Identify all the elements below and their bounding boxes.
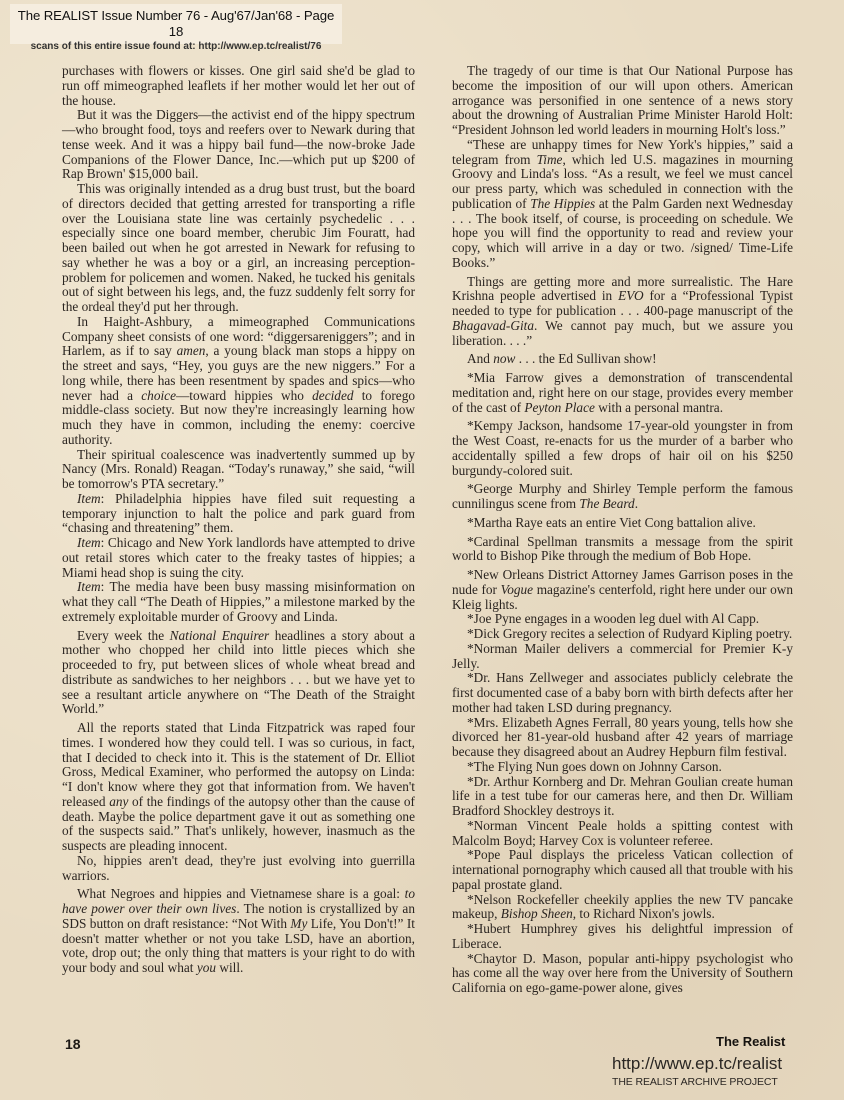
text-run: : Philadelphia hippies have filed suit r… (62, 491, 415, 536)
issue-title: The REALIST Issue Number 76 - Aug'67/Jan… (10, 8, 342, 40)
issue-scans-link[interactable]: scans of this entire issue found at: htt… (10, 40, 342, 53)
article-paragraph: Every week the National Enquirer headlin… (62, 629, 415, 718)
text-run: *Mrs. Elizabeth Agnes Ferrall, 80 years … (452, 715, 793, 760)
article-paragraph: *New Orleans District Attorney James Gar… (452, 568, 793, 612)
text-run: Their spiritual coalescence was inadvert… (62, 447, 415, 492)
text-run: *Chaytor D. Mason, popular anti-hippy ps… (452, 951, 793, 996)
article-paragraph: “These are unhappy times for New York's … (452, 138, 793, 271)
magazine-masthead: The Realist (716, 1034, 785, 1049)
text-run: The tragedy of our time is that Our Nati… (452, 63, 793, 137)
page-number: 18 (65, 1036, 81, 1052)
article-paragraph: What Negroes and hippies and Vietnamese … (62, 887, 415, 976)
text-run: *Norman Mailer delivers a commercial for… (452, 641, 793, 671)
article-paragraph: No, hippies aren't dead, they're just ev… (62, 854, 415, 884)
italic-text: The Hippies (530, 196, 595, 211)
article-paragraph: *The Flying Nun goes down on Johnny Cars… (452, 760, 793, 775)
italic-text: Peyton Place (524, 400, 595, 415)
italic-text: you (197, 960, 216, 975)
italic-text: amen (177, 343, 206, 358)
article-paragraph: *Norman Mailer delivers a commercial for… (452, 642, 793, 672)
article-paragraph: Things are getting more and more surreal… (452, 275, 793, 349)
article-paragraph: *George Murphy and Shirley Temple perfor… (452, 482, 793, 512)
italic-text: Item (77, 579, 101, 594)
italic-text: now (493, 351, 515, 366)
article-paragraph: The tragedy of our time is that Our Nati… (452, 64, 793, 138)
italic-text: My (290, 916, 307, 931)
text-run: *Joe Pyne engages in a wooden leg duel w… (467, 611, 759, 626)
article-paragraph: All the reports stated that Linda Fitzpa… (62, 721, 415, 854)
article-paragraph: Item: Philadelphia hippies have filed su… (62, 492, 415, 536)
text-run: will. (216, 960, 243, 975)
italic-text: Vogue (501, 582, 534, 597)
italic-text: choice (141, 388, 176, 403)
archive-header: The REALIST Issue Number 76 - Aug'67/Jan… (10, 4, 342, 44)
article-paragraph: Their spiritual coalescence was inadvert… (62, 448, 415, 492)
text-run: : Chicago and New York landlords have at… (62, 535, 415, 580)
text-run: What Negroes and hippies and Vietnamese … (77, 886, 405, 901)
text-run: . . . the Ed Sullivan show! (515, 351, 656, 366)
text-run: *Hubert Humphrey gives his delightful im… (452, 921, 793, 951)
article-paragraph: *Mrs. Elizabeth Agnes Ferrall, 80 years … (452, 716, 793, 760)
italic-text: Time (537, 152, 563, 167)
article-paragraph: But it was the Diggers—the activist end … (62, 108, 415, 182)
article-paragraph: purchases with flowers or kisses. One gi… (62, 64, 415, 108)
article-paragraph: Item: Chicago and New York landlords hav… (62, 536, 415, 580)
article-paragraph: *Cardinal Spellman transmits a message f… (452, 535, 793, 565)
archive-project-label: THE REALIST ARCHIVE PROJECT (612, 1076, 778, 1088)
text-run: with a personal mantra. (595, 400, 723, 415)
text-run: *Pope Paul displays the priceless Vatica… (452, 847, 793, 892)
text-run: Every week the (77, 628, 170, 643)
article-paragraph: *Joe Pyne engages in a wooden leg duel w… (452, 612, 793, 627)
text-run: *Martha Raye eats an entire Viet Cong ba… (467, 515, 756, 530)
archive-url-link[interactable]: http://www.ep.tc/realist (612, 1054, 782, 1074)
text-run: No, hippies aren't dead, they're just ev… (62, 853, 415, 883)
article-paragraph: *Hubert Humphrey gives his delightful im… (452, 922, 793, 952)
text-run: But it was the Diggers—the activist end … (62, 107, 415, 181)
article-paragraph: *Dick Gregory recites a selection of Rud… (452, 627, 793, 642)
italic-text: any (109, 794, 128, 809)
text-run: —toward hippies who (176, 388, 312, 403)
article-paragraph: *Chaytor D. Mason, popular anti-hippy ps… (452, 952, 793, 996)
article-paragraph: This was originally intended as a drug b… (62, 182, 415, 315)
italic-text: The Beard (579, 496, 634, 511)
text-run: This was originally intended as a drug b… (62, 181, 415, 314)
article-paragraph: *Dr. Arthur Kornberg and Dr. Mehran Goul… (452, 775, 793, 819)
article-paragraph: *Mia Farrow gives a demonstration of tra… (452, 371, 793, 415)
text-run: *Kempy Jackson, handsome 17-year-old you… (452, 418, 793, 477)
italic-text: Bhagavad-Gita (452, 318, 534, 333)
article-paragraph: Item: The media have been busy massing m… (62, 580, 415, 624)
article-paragraph: *Kempy Jackson, handsome 17-year-old you… (452, 419, 793, 478)
text-run: *Dick Gregory recites a selection of Rud… (467, 626, 792, 641)
text-run: purchases with flowers or kisses. One gi… (62, 63, 415, 108)
text-run: *The Flying Nun goes down on Johnny Cars… (467, 759, 722, 774)
text-run: And (467, 351, 493, 366)
text-run: : The media have been busy massing misin… (62, 579, 415, 624)
text-run: *Dr. Arthur Kornberg and Dr. Mehran Goul… (452, 774, 793, 819)
text-run: . (635, 496, 638, 511)
article-paragraph: *Dr. Hans Zellweger and associates publi… (452, 671, 793, 715)
article-paragraph: And now . . . the Ed Sullivan show! (452, 352, 793, 367)
italic-text: Bishop Sheen (501, 906, 573, 921)
text-run: *Norman Vincent Peale holds a spitting c… (452, 818, 793, 848)
italic-text: Item (77, 491, 101, 506)
text-run: , to Richard Nixon's jowls. (573, 906, 715, 921)
article-column-right: The tragedy of our time is that Our Nati… (452, 64, 793, 996)
italic-text: National Enquirer (170, 628, 270, 643)
text-run: *Cardinal Spellman transmits a message f… (452, 534, 793, 564)
article-paragraph: *Pope Paul displays the priceless Vatica… (452, 848, 793, 892)
article-column-left: purchases with flowers or kisses. One gi… (62, 64, 415, 976)
article-paragraph: *Martha Raye eats an entire Viet Cong ba… (452, 516, 793, 531)
article-paragraph: *Nelson Rockefeller cheekily applies the… (452, 893, 793, 923)
article-paragraph: In Haight-Ashbury, a mimeographed Commun… (62, 315, 415, 448)
article-paragraph: *Norman Vincent Peale holds a spitting c… (452, 819, 793, 849)
italic-text: decided (312, 388, 353, 403)
italic-text: Item (77, 535, 101, 550)
italic-text: EVO (618, 288, 643, 303)
text-run: *Dr. Hans Zellweger and associates publi… (452, 670, 793, 715)
